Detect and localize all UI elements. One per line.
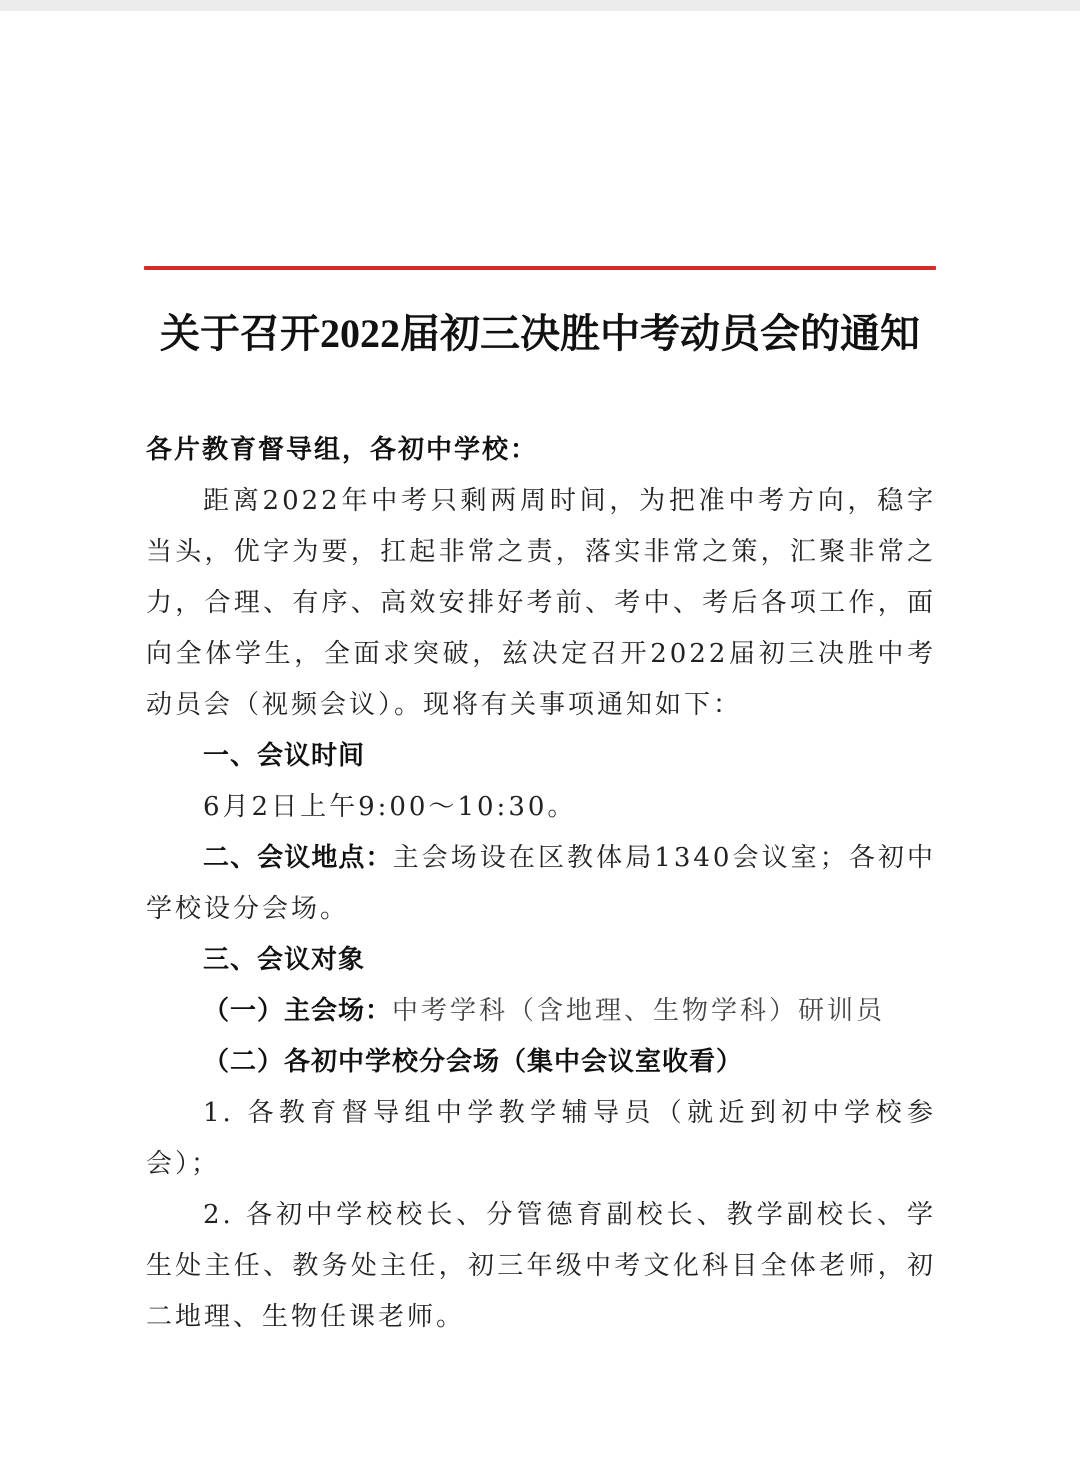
section-2: 二、会议地点：主会场设在区教体局1340会议室；各初中学校设分会场。 xyxy=(146,833,936,935)
section-3-heading: 三、会议对象 xyxy=(146,935,936,986)
section-1-content: 6月2日上午9:00～10:30。 xyxy=(146,782,936,833)
section-3-sub-1: （一）主会场：中考学科（含地理、生物学科）研训员 xyxy=(146,986,936,1037)
document-body: 各片教育督导组，各初中学校： 距离2022年中考只剩两周时间，为把准中考方向，稳… xyxy=(146,425,936,1343)
section-3-sub-2-label: （二）各初中学校分会场（集中会议室收看） xyxy=(146,1037,936,1088)
top-bar xyxy=(0,0,1080,11)
intro-paragraph: 距离2022年中考只剩两周时间，为把准中考方向，稳字当头，优字为要，扛起非常之责… xyxy=(146,476,936,731)
section-3-sub-2-item-2: 2. 各初中学校校长、分管德育副校长、教学副校长、学生处主任、教务处主任，初三年… xyxy=(146,1190,936,1343)
section-3-sub-2-item-1: 1. 各教育督导组中学教学辅导员（就近到初中学校参会）； xyxy=(146,1088,936,1190)
section-3-sub-1-content: 中考学科（含地理、生物学科）研训员 xyxy=(392,996,885,1026)
section-1-heading: 一、会议时间 xyxy=(146,731,936,782)
red-header-rule xyxy=(144,266,936,270)
document-title: 关于召开2022届初三决胜中考动员会的通知 xyxy=(144,306,936,362)
salutation: 各片教育督导组，各初中学校： xyxy=(146,425,936,476)
section-3-sub-1-label: （一）主会场： xyxy=(203,996,392,1026)
section-2-heading: 二、会议地点： xyxy=(203,843,393,873)
